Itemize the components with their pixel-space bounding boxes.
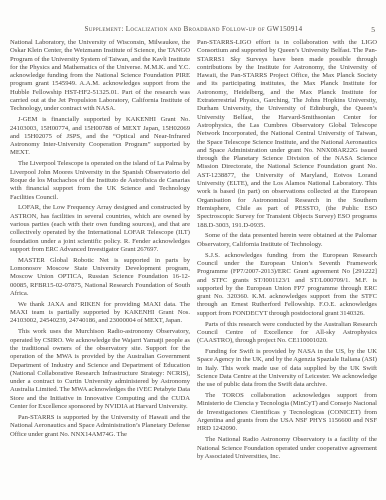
text-columns: National Laboratory, the University of W… [10,39,377,464]
paragraph: Pan-STARRS-LIGO effort is in collaborati… [197,39,377,230]
left-column: National Laboratory, the University of W… [10,39,190,464]
paragraph: Pan-STARRS is supported by the Universit… [10,414,190,439]
paragraph: LOFAR, the Low Frequency Array designed … [10,204,190,254]
page-number: 5 [371,25,375,34]
paragraph: The TOROS collaboration acknowledges sup… [197,392,377,433]
paragraph: The Liverpool Telescope is operated on t… [10,160,190,201]
right-column: Pan-STARRS-LIGO effort is in collaborati… [197,39,377,464]
paragraph: MASTER Global Robotic Net is supported i… [10,257,190,298]
paragraph: Some of the data presented herein were o… [197,232,377,249]
paragraph: J-GEM is financially supported by KAKENH… [10,116,190,157]
running-head: Supplement: Localization and Broadband F… [10,25,377,35]
paragraph: We thank JAXA and RIKEN for providing MA… [10,301,190,326]
running-head-title: Supplement: Localization and Broadband F… [85,25,303,33]
paragraph: National Laboratory, the University of W… [10,39,190,114]
paragraph: Parts of this research were conducted by… [197,321,377,346]
paragraph: S.J.S. acknowledges funding from the Eur… [197,252,377,318]
paragraph: This work uses the Murchison Radio-astro… [10,328,190,411]
paragraph: The National Radio Astronomy Observatory… [197,436,377,461]
journal-page: Supplement: Localization and Broadband F… [0,0,386,500]
paragraph: Funding for Swift is provided by NASA in… [197,348,377,389]
